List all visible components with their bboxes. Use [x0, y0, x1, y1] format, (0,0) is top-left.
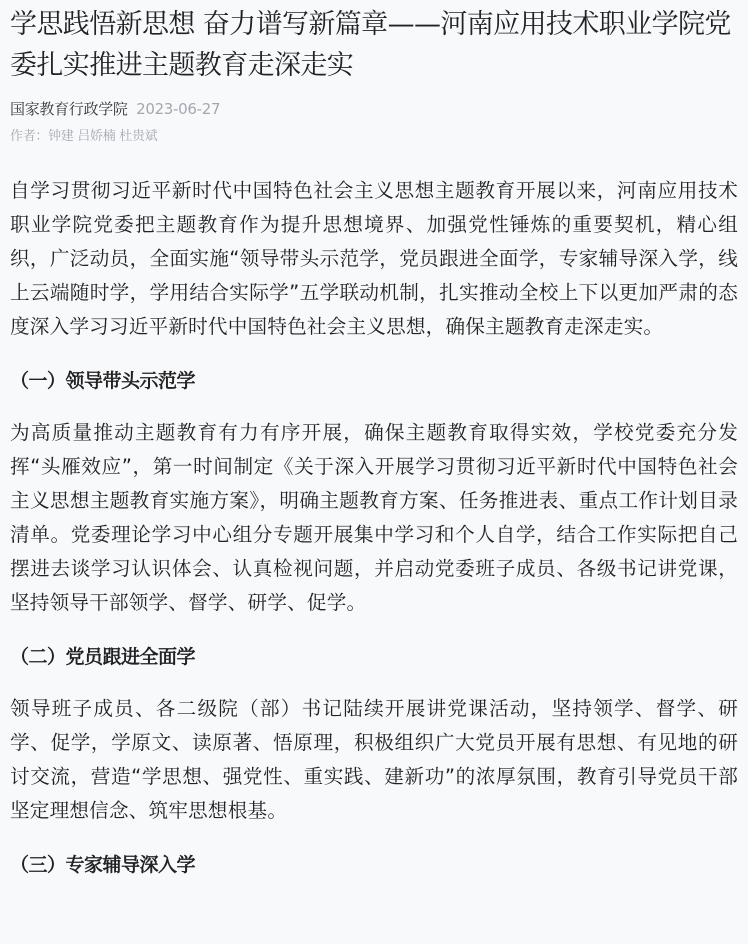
publish-date: 2023-06-27: [136, 100, 220, 118]
article-authors: 作者：钟建 吕娇楠 杜贵斌: [10, 128, 738, 146]
intro-paragraph: 自学习贯彻习近平新时代中国特色社会主义思想主题教育开展以来，河南应用技术职业学院…: [10, 174, 738, 344]
article-meta: 国家教育行政学院 2023-06-27: [10, 98, 738, 120]
section-heading-2: （二）党员跟进全面学: [10, 644, 738, 670]
section-heading-3: （三）专家辅导深入学: [10, 852, 738, 878]
section-paragraph-2: 领导班子成员、各二级院（部）书记陆续开展讲党课活动，坚持领学、督学、研学、促学，…: [10, 692, 738, 828]
section-paragraph-1: 为高质量推动主题教育有力有序开展，确保主题教育取得实效，学校党委充分发挥“头雁效…: [10, 416, 738, 620]
article: 学思践悟新思想 奋力谱写新篇章——河南应用技术职业学院党委扎实推进主题教育走深走…: [0, 0, 748, 878]
article-body: 自学习贯彻习近平新时代中国特色社会主义思想主题教育开展以来，河南应用技术职业学院…: [10, 174, 738, 878]
section-heading-1: （一）领导带头示范学: [10, 368, 738, 394]
article-title: 学思践悟新思想 奋力谱写新篇章——河南应用技术职业学院党委扎实推进主题教育走深走…: [10, 4, 738, 86]
article-source[interactable]: 国家教育行政学院: [10, 100, 128, 118]
